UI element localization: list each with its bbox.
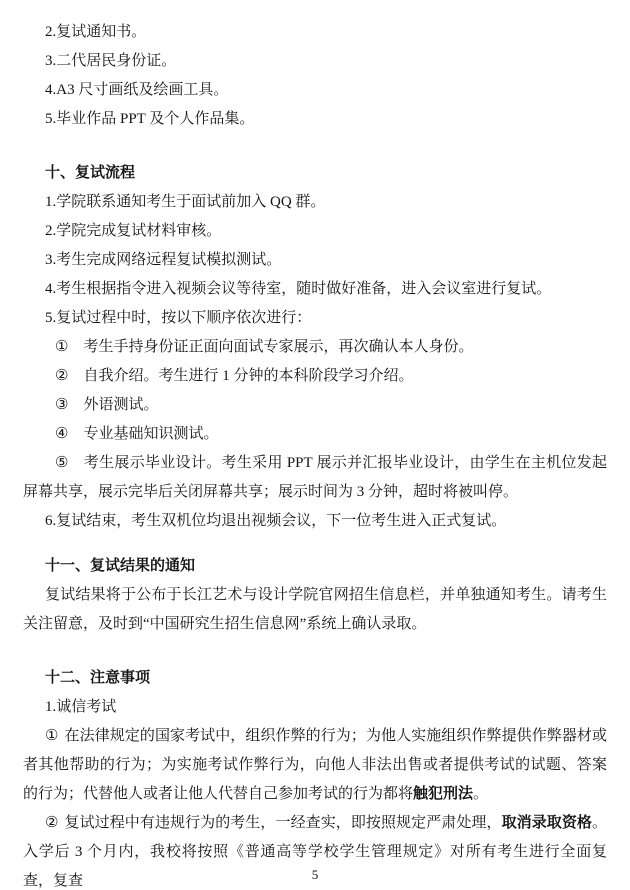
step-item: 1.学院联系通知考生于面试前加入 QQ 群。 xyxy=(23,188,607,217)
step-item: 3.考生完成网络远程复试模拟测试。 xyxy=(23,246,607,275)
materials-item: 2.复试通知书。 xyxy=(23,18,607,47)
substep-item: ③外语测试。 xyxy=(23,391,607,420)
substep-item: ⑤考生展示毕业设计。考生采用 PPT 展示并汇报毕业设计，由学生在主机位发起屏幕… xyxy=(23,449,607,507)
step-item: 4.考生根据指令进入视频会议等待室，随时做好准备，进入会议室进行复试。 xyxy=(23,275,607,304)
page-number: 5 xyxy=(0,866,630,884)
substep-text: 外语测试。 xyxy=(83,397,158,413)
notice-paragraph: ①在法律规定的国家考试中，组织作弊的行为；为他人实施组织作弊提供作弊器材或者其他… xyxy=(23,722,607,809)
circled-number: ① xyxy=(55,339,68,355)
materials-item: 4.A3 尺寸画纸及绘画工具。 xyxy=(23,76,607,105)
substep-text: 考生手持身份证正面向面试专家展示，再次确认本人身份。 xyxy=(83,339,473,355)
step-item: 5.复试过程中时，按以下顺序依次进行： xyxy=(23,304,607,333)
section-12-heading: 十二、注意事项 xyxy=(23,664,607,693)
materials-item: 3.二代居民身份证。 xyxy=(23,47,607,76)
substep-text: 专业基础知识测试。 xyxy=(83,426,218,442)
circled-number: ② xyxy=(45,815,59,831)
step-item: 6.复试结束，考生双机位均退出视频会议，下一位考生进入正式复试。 xyxy=(23,507,607,536)
substep-text: 考生展示毕业设计。考生采用 PPT 展示并汇报毕业设计，由学生在主机位发起屏幕共… xyxy=(23,455,607,500)
circled-number: ① xyxy=(45,728,59,744)
substep-text: 自我介绍。考生进行 1 分钟的本科阶段学习介绍。 xyxy=(83,368,413,384)
circled-number: ② xyxy=(55,368,68,384)
substep-item: ④专业基础知识测试。 xyxy=(23,420,607,449)
notice-item: 1.诚信考试 xyxy=(23,693,607,722)
circled-number: ④ xyxy=(55,426,68,442)
substep-item: ②自我介绍。考生进行 1 分钟的本科阶段学习介绍。 xyxy=(23,362,607,391)
document-page: 2.复试通知书。 3.二代居民身份证。 4.A3 尺寸画纸及绘画工具。 5.毕业… xyxy=(0,0,630,890)
section-11-paragraph: 复试结果将于公布于长江艺术与设计学院官网招生信息栏，并单独通知考生。请考生关注留… xyxy=(23,581,607,639)
section-11-heading: 十一、复试结果的通知 xyxy=(23,552,607,581)
circled-number: ⑤ xyxy=(55,455,69,471)
circled-number: ③ xyxy=(55,397,68,413)
substep-item: ①考生手持身份证正面向面试专家展示，再次确认本人身份。 xyxy=(23,333,607,362)
materials-item: 5.毕业作品 PPT 及个人作品集。 xyxy=(23,105,607,134)
step-item: 2.学院完成复试材料审核。 xyxy=(23,217,607,246)
section-10-heading: 十、复试流程 xyxy=(23,159,607,188)
